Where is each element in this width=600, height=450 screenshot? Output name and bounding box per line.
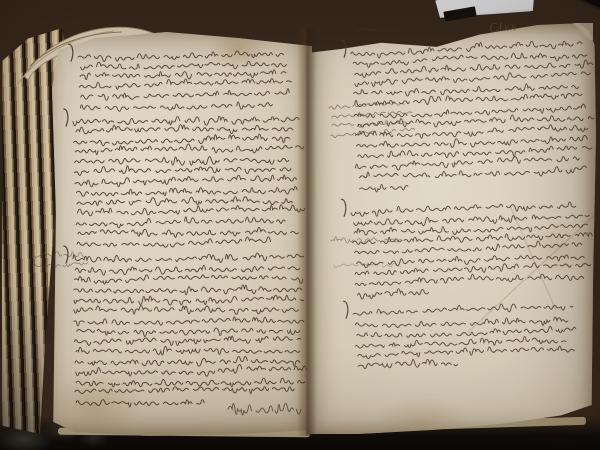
manuscript-photo: Clxx	[0, 0, 600, 450]
dog-ear-fold	[569, 23, 593, 40]
book-gutter	[297, 28, 317, 436]
left-page	[48, 32, 312, 436]
folio-number: Clxx	[488, 18, 517, 36]
right-page	[306, 20, 596, 434]
